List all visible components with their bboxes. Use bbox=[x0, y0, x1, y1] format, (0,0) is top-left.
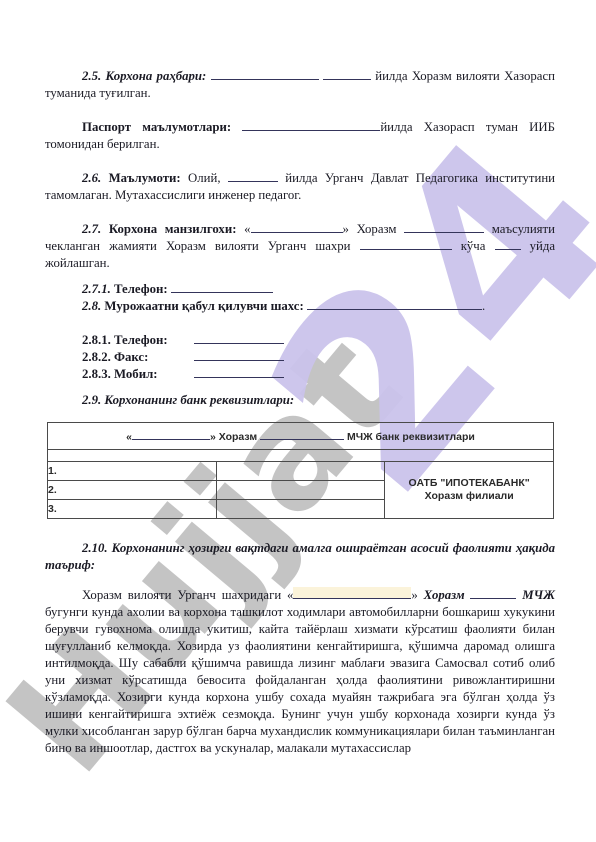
section-2-8-3-label: 2.8.3. Мобил: bbox=[82, 366, 194, 383]
bank-name-cell: ОАТБ "ИПОТЕКАБАНК" Хоразм филиали bbox=[385, 462, 554, 519]
row-number-cell: 1. bbox=[48, 462, 217, 481]
section-2-7-number: 2.7. bbox=[82, 222, 101, 236]
close-quote: » bbox=[411, 588, 417, 602]
table-header-text-b: МЧЖ банк реквизитлари bbox=[347, 431, 475, 443]
blank-line bbox=[228, 170, 278, 182]
table-header-row: «» Хоразм МЧЖ банк реквизитлари bbox=[48, 423, 554, 450]
blank-line bbox=[495, 238, 521, 250]
paragraph-description: Хоразм вилояти Урганч шахридаги «» Хораз… bbox=[45, 587, 555, 757]
blank-line bbox=[307, 298, 482, 310]
blank-line bbox=[132, 428, 210, 440]
company-region: Хоразм bbox=[424, 588, 465, 602]
passport-label: Паспорт маълумотлари: bbox=[82, 120, 231, 134]
table-empty-row bbox=[48, 450, 554, 462]
heading-2-9: 2.9. Корхонанинг банк реквизитлари: bbox=[45, 392, 555, 409]
section-2-10-number: 2.10. bbox=[82, 541, 108, 555]
value-cell bbox=[216, 481, 385, 500]
section-2-8-2-label: 2.8.2. Факс: bbox=[82, 349, 194, 366]
table-header-text-a: » Хоразм bbox=[210, 431, 257, 443]
section-2-10-label: Корхонанинг ҳозирги вақтдаги амалга ошир… bbox=[45, 541, 555, 572]
company-type: МЧЖ bbox=[522, 588, 555, 602]
bank-name: ОАТБ "ИПОТЕКАБАНК" bbox=[385, 477, 553, 490]
blank-line bbox=[194, 366, 284, 378]
blank-line-highlighted bbox=[293, 587, 411, 599]
section-2-8-1-label: 2.8.1. Телефон: bbox=[82, 332, 194, 349]
paragraph-passport: Паспорт маълумотлари: йилда Хазорасп тум… bbox=[45, 119, 555, 153]
blank-line bbox=[194, 332, 284, 344]
blank-line bbox=[171, 281, 273, 293]
section-2-7-1-number: 2.7.1. bbox=[82, 282, 111, 296]
table-row: 1. ОАТБ "ИПОТЕКАБАНК" Хоразм филиали bbox=[48, 462, 554, 481]
paragraph-2-8: 2.8. Мурожаатни қабул қилувчи шахс: . bbox=[45, 298, 555, 315]
row-number-cell: 2. bbox=[48, 481, 217, 500]
blank-line bbox=[211, 68, 319, 80]
section-2-6-number: 2.6. bbox=[82, 171, 101, 185]
paragraph-2-8-1: 2.8.1. Телефон: bbox=[45, 332, 555, 349]
section-2-7-text-a: » Хоразм bbox=[343, 222, 397, 236]
blank-line bbox=[194, 349, 284, 361]
blank-line bbox=[260, 428, 344, 440]
blank-line bbox=[242, 119, 380, 131]
blank-line bbox=[251, 221, 343, 233]
period: . bbox=[482, 299, 485, 313]
description-body: бугунги кунда ахолии ва корхона ташкилот… bbox=[45, 605, 555, 755]
heading-2-10: 2.10. Корхонанинг ҳозирги вақтдаги амалг… bbox=[45, 540, 555, 574]
section-2-7-label: Корхона манзилгохи: bbox=[109, 222, 237, 236]
section-2-7-1-label: Телефон: bbox=[114, 282, 168, 296]
paragraph-2-7-1: 2.7.1. Телефон: bbox=[45, 281, 555, 298]
section-2-8-number: 2.8. bbox=[82, 299, 101, 313]
blank-line bbox=[470, 587, 516, 599]
section-2-5-number: 2.5. bbox=[82, 69, 101, 83]
section-2-8-label: Мурожаатни қабул қилувчи шахс: bbox=[104, 299, 303, 313]
bank-requisites-table: «» Хоразм МЧЖ банк реквизитлари 1. ОАТБ … bbox=[47, 422, 554, 519]
paragraph-2-8-3: 2.8.3. Мобил: bbox=[45, 366, 555, 383]
blank-line bbox=[404, 221, 484, 233]
section-2-5-label: Корхона раҳбари: bbox=[106, 69, 207, 83]
document-content: 2.5. Корхона раҳбари: йилда Хоразм вилоя… bbox=[0, 0, 596, 757]
blank-line bbox=[323, 68, 371, 80]
description-lead: Хоразм вилояти Урганч шахридаги « bbox=[82, 588, 293, 602]
empty-cell bbox=[48, 450, 554, 462]
section-2-6-label: Маълумоти: bbox=[109, 171, 181, 185]
blank-line bbox=[360, 238, 452, 250]
section-2-9-number: 2.9. bbox=[82, 393, 101, 407]
paragraph-2-6: 2.6. Маълумоти: Олий, йилда Урганч Давла… bbox=[45, 170, 555, 204]
paragraph-2-8-2: 2.8.2. Факс: bbox=[45, 349, 555, 366]
document-page: Hujjat 24 2.5. Корхона раҳбари: йилда Хо… bbox=[0, 0, 596, 842]
row-number-cell: 3. bbox=[48, 500, 217, 519]
street-word: кўча bbox=[461, 239, 486, 253]
value-cell bbox=[216, 462, 385, 481]
section-2-9-label: Корхонанинг банк реквизитлари: bbox=[104, 393, 294, 407]
value-cell bbox=[216, 500, 385, 519]
paragraph-2-5: 2.5. Корхона раҳбари: йилда Хоразм вилоя… bbox=[45, 68, 555, 102]
paragraph-2-7: 2.7. Корхона манзилгохи: «» Хоразм маъсу… bbox=[45, 221, 555, 272]
section-2-6-education: Олий, bbox=[188, 171, 221, 185]
table-header-cell: «» Хоразм МЧЖ банк реквизитлари bbox=[48, 423, 554, 450]
bank-branch: Хоразм филиали bbox=[385, 490, 553, 503]
